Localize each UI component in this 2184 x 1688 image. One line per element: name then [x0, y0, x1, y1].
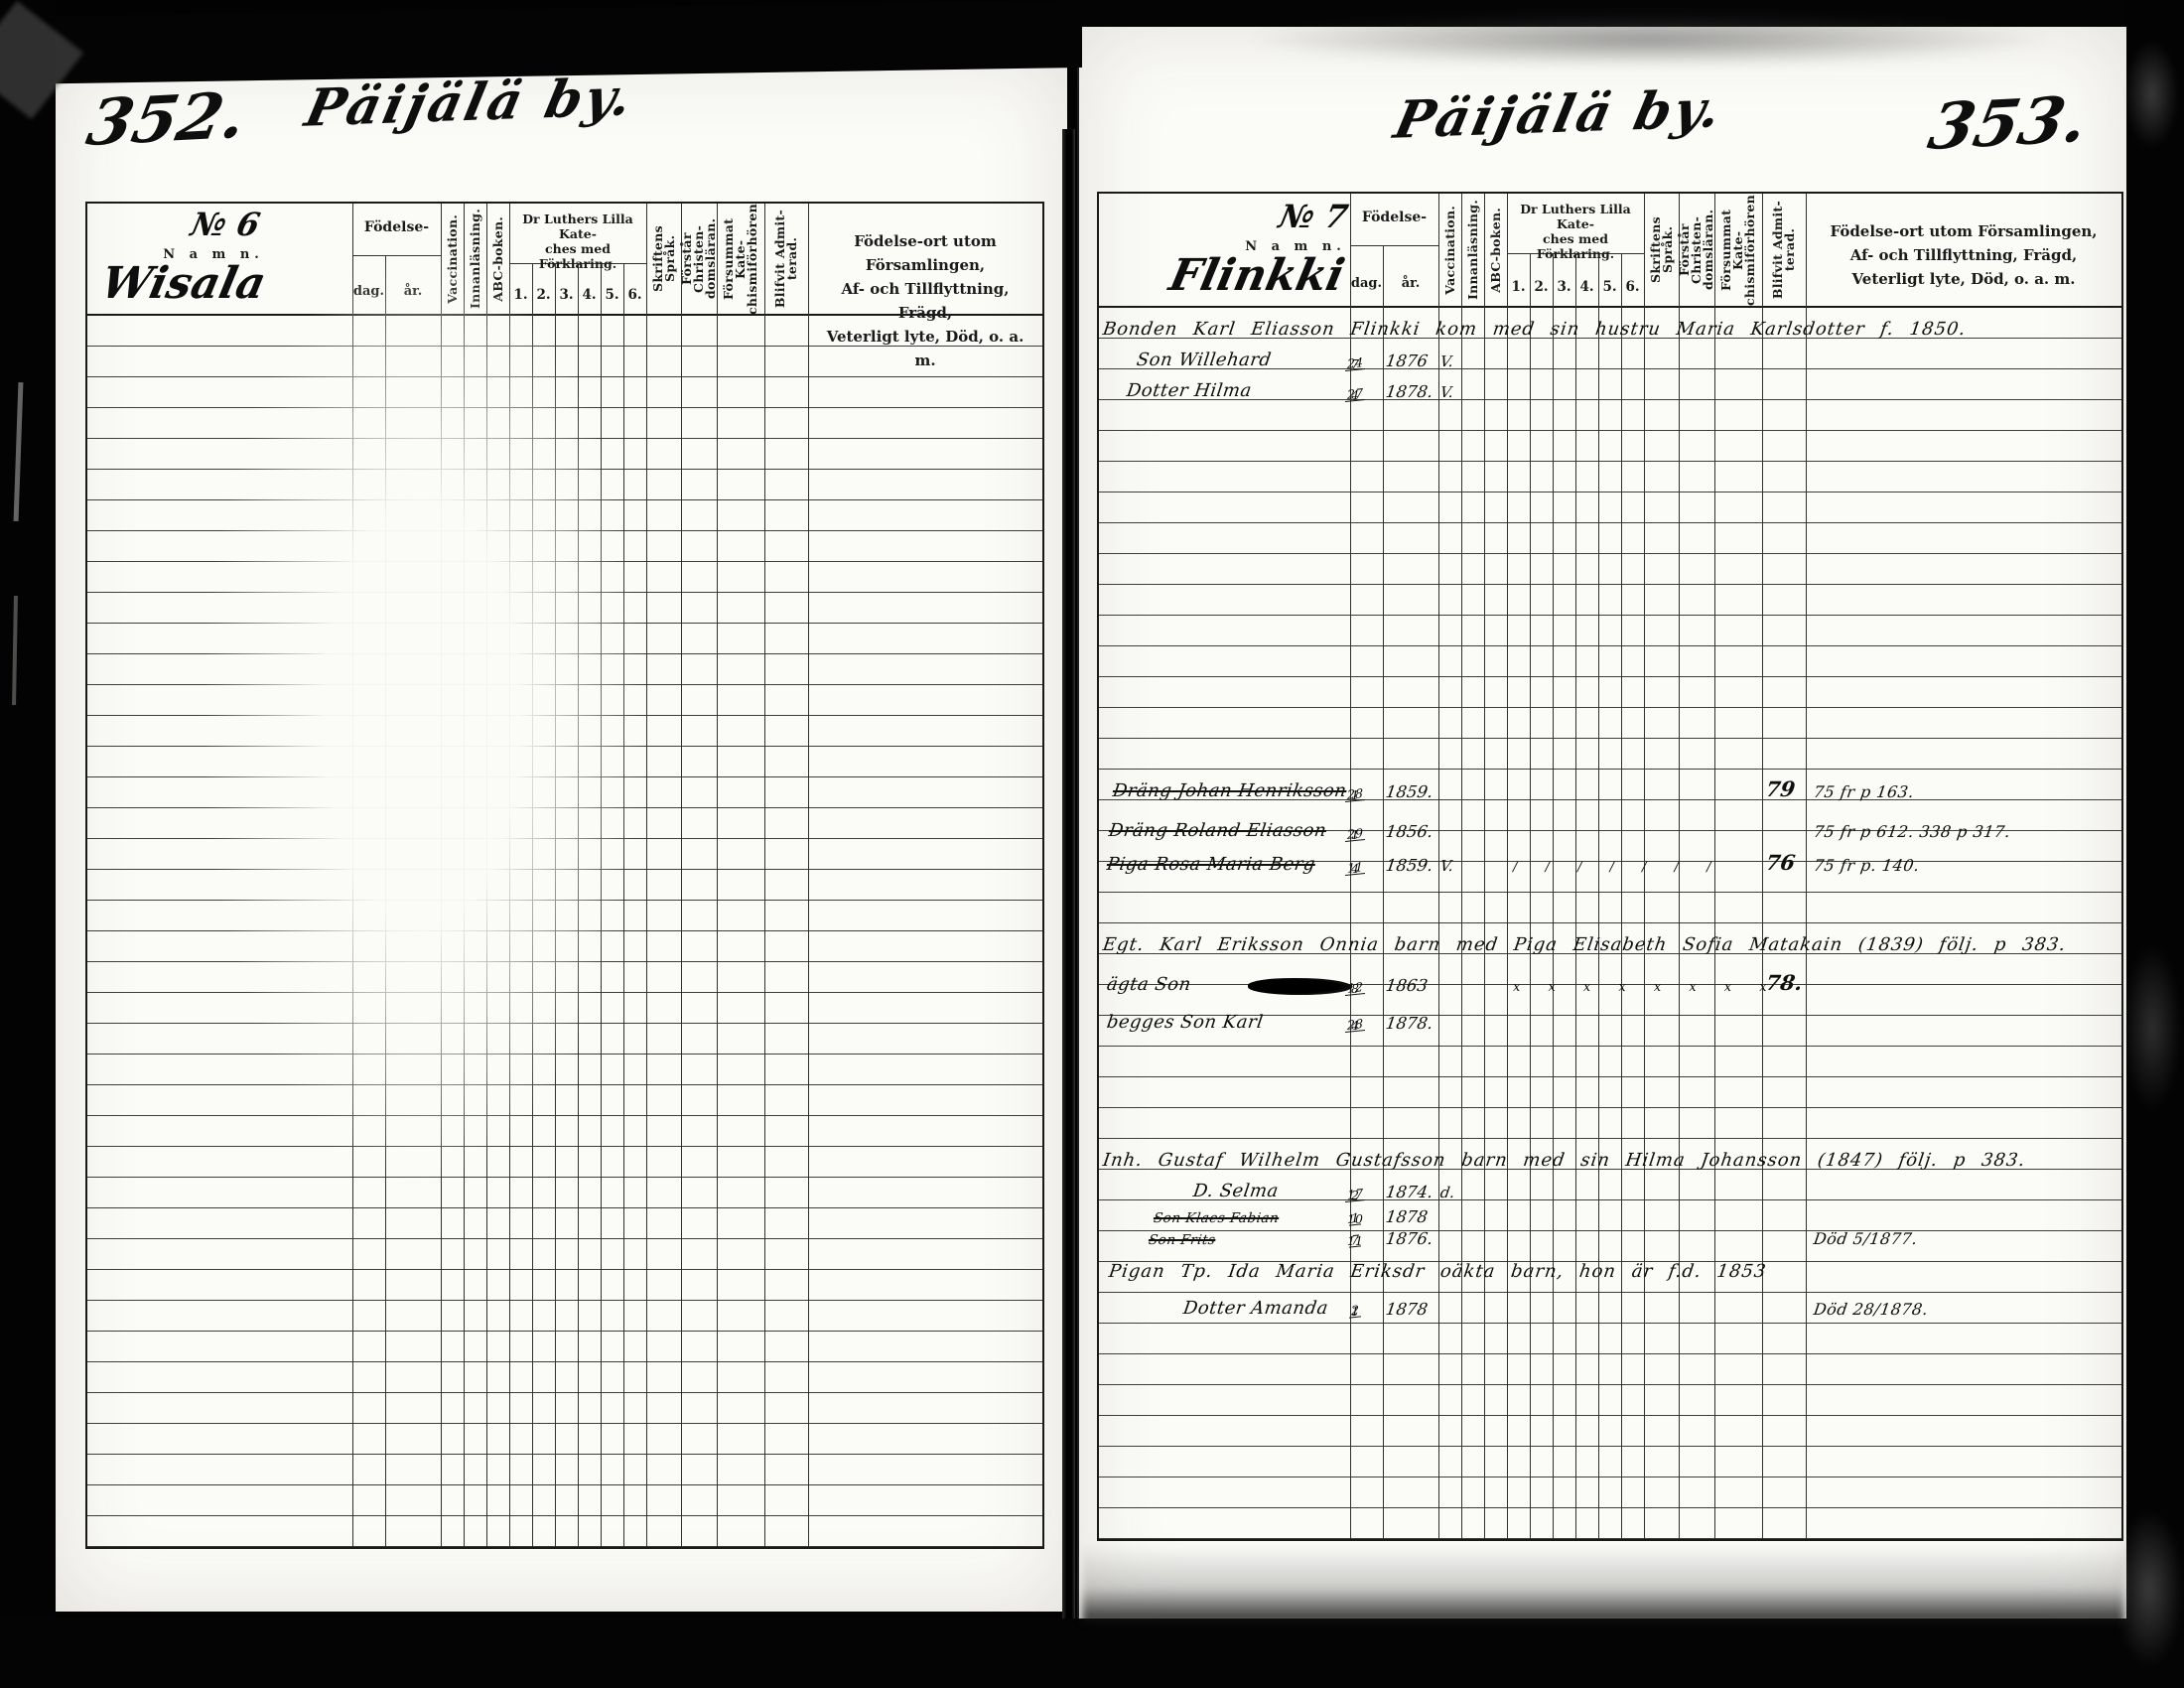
- column-line: [1530, 253, 1531, 1539]
- bottom-scan-band: [0, 1618, 2184, 1688]
- admitted-header-label: Blifvit Admit- terad.: [1772, 201, 1796, 299]
- catechism-number-header: 1.: [1507, 280, 1530, 295]
- left-scan-band: [0, 0, 56, 1688]
- reading-header: Innanläsning.: [464, 207, 486, 311]
- birth-year-header: år.: [1383, 276, 1438, 291]
- column-line: [764, 204, 765, 1547]
- catechism-number-header: 2.: [1530, 280, 1553, 295]
- column-line: [1762, 194, 1763, 1539]
- column-line: [532, 263, 533, 1547]
- catechism-number-header: 6.: [1621, 280, 1644, 295]
- understands-doctrine-header-label: Förstår Christen- domsläran.: [1679, 197, 1714, 303]
- abc-book-header: ABC-boken.: [486, 207, 509, 311]
- scan-blotch: [2122, 943, 2182, 1112]
- catechism-number-header: 2.: [532, 288, 555, 303]
- column-line: [509, 204, 510, 1547]
- scripture-language-header-label: Skriftens Språk.: [1650, 197, 1674, 303]
- notes-header: Födelse-ort utom Församlingen, Af- och T…: [1812, 219, 2116, 291]
- page-title: Päijälä by.: [300, 67, 640, 138]
- catechism-number-header: 4.: [1575, 280, 1598, 295]
- column-line: [1806, 194, 1807, 1539]
- birth-subdivider: [352, 255, 441, 256]
- reading-header-label: Innanläsning.: [1467, 200, 1479, 300]
- birth-day-header: dag.: [1350, 276, 1383, 291]
- abc-book-header-label: ABC-boken.: [1490, 208, 1502, 293]
- right-scan-band: [2126, 0, 2184, 1688]
- column-line: [486, 204, 487, 1547]
- ledger-row-lines: [1099, 308, 2121, 1539]
- column-line: [601, 263, 602, 1547]
- column-line: [681, 204, 682, 1547]
- catechism-number-header: 3.: [555, 288, 578, 303]
- torn-edge-top-right: [1072, 0, 2184, 27]
- missed-catechism-header-label: Försummat Kate- chismiförhören: [723, 204, 758, 315]
- column-line: [1714, 194, 1715, 1539]
- scripture-language-header: Skriftens Språk.: [1644, 197, 1679, 303]
- birth-header: Födelse-: [1350, 210, 1438, 225]
- missed-catechism-header: Försummat Kate- chismiförhören: [717, 207, 764, 311]
- page-353: Päijälä by. 353. № 7 N a m n. Flinkki Fö…: [1077, 25, 2128, 1625]
- understands-doctrine-header-label: Förstår Christen- domsläran.: [681, 207, 717, 311]
- admitted-header: Blifvit Admit- terad.: [764, 207, 808, 311]
- column-line: [1484, 194, 1485, 1539]
- understands-doctrine-header: Förstår Christen- domsläran.: [1679, 197, 1714, 303]
- column-line: [646, 204, 647, 1547]
- catechism-number-header: 4.: [578, 288, 601, 303]
- missed-catechism-header-label: Försummat Kate- chismiförhören: [1720, 195, 1756, 306]
- missed-catechism-header: Försummat Kate- chismiförhören: [1714, 197, 1762, 303]
- scripture-language-header: Skriftens Språk.: [646, 207, 681, 311]
- column-line: [1438, 194, 1439, 1539]
- column-line: [441, 204, 442, 1547]
- scan-blotch: [2124, 40, 2179, 149]
- page-title: Päijälä by.: [1389, 78, 1729, 150]
- catechism-number-header: 6.: [623, 288, 646, 303]
- column-line: [1575, 253, 1576, 1539]
- column-line: [1679, 194, 1680, 1539]
- birth-header: Födelse-: [352, 219, 441, 235]
- scanned-book-spread: { "document_type": "parish household exa…: [0, 0, 2184, 1688]
- vaccination-header-label: Vaccination.: [447, 214, 459, 304]
- column-line: [1461, 194, 1462, 1539]
- birth-year-header: år.: [385, 284, 441, 299]
- column-line: [578, 263, 579, 1547]
- vaccination-header: Vaccination.: [441, 207, 464, 311]
- abc-book-header: ABC-boken.: [1484, 197, 1507, 303]
- vaccination-header: Vaccination.: [1438, 197, 1461, 303]
- catechism-header: Dr Luthers Lilla Kate- ches med Förklari…: [1507, 202, 1644, 261]
- admitted-header: Blifvit Admit- terad.: [1762, 197, 1806, 303]
- catechism-number-header: 1.: [509, 288, 532, 303]
- catechism-header: Dr Luthers Lilla Kate- ches med Förklari…: [509, 211, 646, 271]
- column-line: [385, 255, 386, 1547]
- column-line: [1598, 253, 1599, 1539]
- column-line: [1350, 194, 1351, 1539]
- page-352: 352. Päijälä by. № 6 N a m n. Wisala Föd…: [55, 55, 1067, 1612]
- vaccination-header-label: Vaccination.: [1444, 206, 1456, 295]
- column-line: [1644, 194, 1645, 1539]
- birth-subdivider: [1350, 245, 1438, 246]
- reading-header-label: Innanläsning.: [470, 209, 481, 309]
- column-line: [717, 204, 718, 1547]
- understands-doctrine-header: Förstår Christen- domsläran.: [681, 207, 717, 311]
- column-line: [1553, 253, 1554, 1539]
- column-line: [808, 204, 809, 1547]
- page-number: 353.: [1923, 82, 2094, 165]
- column-line: [1507, 194, 1508, 1539]
- catechism-number-header: 5.: [1598, 280, 1621, 295]
- catechism-number-header: 3.: [1553, 280, 1575, 295]
- ledger-row-lines: [87, 316, 1042, 1547]
- reading-header: Innanläsning.: [1461, 197, 1484, 303]
- column-line: [352, 204, 353, 1547]
- column-line: [464, 204, 465, 1547]
- column-line: [555, 263, 556, 1547]
- admitted-header-label: Blifvit Admit- terad.: [774, 210, 798, 308]
- page-edge-streak: [14, 382, 24, 521]
- catechism-number-header: 5.: [601, 288, 623, 303]
- abc-book-header-label: ABC-boken.: [492, 216, 504, 302]
- page-edge-streak: [12, 596, 18, 705]
- page-number: 352.: [81, 78, 252, 161]
- header-divider: [1099, 306, 2121, 308]
- column-line: [623, 263, 624, 1547]
- scripture-language-header-label: Skriftens Språk.: [652, 207, 676, 311]
- notes-header: Födelse-ort utom Församlingen, Af- och T…: [814, 229, 1036, 372]
- column-line: [1383, 245, 1384, 1539]
- birth-day-header: dag.: [352, 284, 385, 299]
- column-line: [1621, 253, 1622, 1539]
